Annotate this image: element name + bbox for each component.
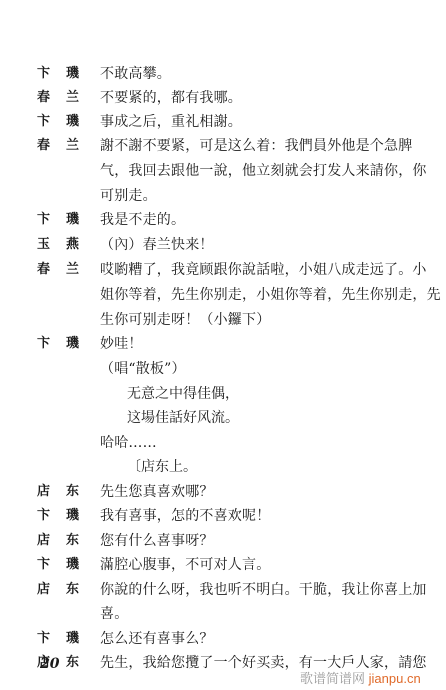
dialogue-text: 您有什么喜事呀？ [100,529,214,553]
dialogue-line: 店东先生您真喜欢哪？ [0,480,446,504]
dialogue-text: 可别走。 [100,184,157,208]
speaker-name-char-1: 玉 [37,233,50,257]
dialogue-text: 先生您真喜欢哪？ [100,480,214,504]
speaker-name-char-2: 璣 [66,62,79,86]
dialogue-text: 我是不走的。 [100,208,185,232]
speaker-name-char-2: 东 [66,651,79,675]
speaker-name-char-2: 兰 [66,86,79,110]
page-number: 20 [40,656,59,672]
sung-verse: 这場佳話好风流。 [127,406,239,430]
speaker-name-char-2: 兰 [66,134,79,158]
dialogue-text: 謝不謝不要紧，可是这么着：我們員外他是个急脾 [100,134,412,158]
dialogue-text: 事成之后，重礼相謝。 [100,110,242,134]
dialogue-line: 哈哈…… [0,431,446,455]
speaker-name-char-2: 兰 [66,258,79,282]
speaker-name-char-1: 卞 [37,332,50,356]
speaker-name-char-1: 店 [37,480,50,504]
speaker-name-char-1: 卞 [37,553,50,577]
dialogue-text: 怎么还有喜事么？ [100,627,214,651]
dialogue-text: 妙哇！ [100,332,143,356]
dialogue-line: 春兰哎喲糟了，我竟顾跟你說話啦，小姐八成走远了。小 [0,258,446,282]
dialogue-line: 卞璣怎么还有喜事么？ [0,627,446,651]
speaker-name-char-1: 卞 [37,62,50,86]
dialogue-text: 哈哈…… [100,431,157,455]
watermark-cn: 歌谱简谱网 [300,671,365,686]
speaker-name-char-2: 璣 [66,504,79,528]
dialogue-line: （唱“散板”） [0,357,446,381]
speaker-name-char-1: 春 [37,258,50,282]
dialogue-line: 生你可别走呀！（小鑼下） [0,308,446,332]
dialogue-text: 你說的什么呀，我也听不明白。干脆，我让你喜上加 [100,578,427,602]
speaker-name-char-1: 店 [37,578,50,602]
speaker-name-char-1: 卞 [37,110,50,134]
dialogue-text: 生你可别走呀！（小鑼下） [100,308,270,332]
dialogue-line: 喜。 [0,602,446,626]
dialogue-text: 姐你等着，先生你别走，小姐你等着，先生你别走，先 [100,283,441,307]
dialogue-line: 店东你說的什么呀，我也听不明白。干脆，我让你喜上加 [0,578,446,602]
speaker-name-char-2: 璣 [66,208,79,232]
dialogue-text: 滿腔心腹事，不可对人言。 [100,553,270,577]
dialogue-text: 气，我回去跟他一說，他立刻就会打发人来請你，你 [100,159,427,183]
speaker-name-char-1: 卞 [37,627,50,651]
dialogue-text: 不敢高攀。 [100,62,171,86]
sung-verse: 无意之中得佳偶， [127,382,239,406]
speaker-name-char-1: 春 [37,134,50,158]
speaker-name-char-1: 卞 [37,504,50,528]
dialogue-line: 卞璣滿腔心腹事，不可对人言。 [0,553,446,577]
dialogue-line: 无意之中得佳偶， [0,382,446,406]
speaker-name-char-2: 璣 [66,553,79,577]
dialogue-line: 春兰不要紧的，都有我哪。 [0,86,446,110]
speaker-name-char-1: 店 [37,529,50,553]
speaker-name-char-2: 东 [66,529,79,553]
dialogue-line: 姐你等着，先生你别走，小姐你等着，先生你别走，先 [0,283,446,307]
dialogue-line: 气，我回去跟他一說，他立刻就会打发人来請你，你 [0,159,446,183]
script-page: 卞璣不敢高攀。春兰不要紧的，都有我哪。卞璣事成之后，重礼相謝。春兰謝不謝不要紧，… [0,0,446,690]
dialogue-line: 可别走。 [0,184,446,208]
dialogue-line: 卞璣妙哇！ [0,332,446,356]
speaker-name-char-1: 春 [37,86,50,110]
dialogue-line: 卞璣事成之后，重礼相謝。 [0,110,446,134]
dialogue-text: 喜。 [100,602,128,626]
dialogue-line: 春兰謝不謝不要紧，可是这么着：我們員外他是个急脾 [0,134,446,158]
dialogue-text: （內）春兰快来！ [100,233,214,257]
dialogue-line: 卞璣我有喜事，怎的不喜欢呢！ [0,504,446,528]
speaker-name-char-2: 璣 [66,110,79,134]
watermark: 歌谱简谱网 jianpu.cn [300,668,421,687]
speaker-name-char-1: 卞 [37,208,50,232]
stage-direction: 〔店东上。 [127,455,197,479]
dialogue-line: 玉燕（內）春兰快来！ [0,233,446,257]
dialogue-text: 哎喲糟了，我竟顾跟你說話啦，小姐八成走远了。小 [100,258,427,282]
watermark-latin: jianpu.cn [369,671,421,686]
dialogue-text: 不要紧的，都有我哪。 [100,86,242,110]
dialogue-line: 〔店东上。 [0,455,446,479]
dialogue-text: 我有喜事，怎的不喜欢呢！ [100,504,270,528]
speaker-name-char-2: 璣 [66,332,79,356]
dialogue-line: 卞璣我是不走的。 [0,208,446,232]
dialogue-line: 店东您有什么喜事呀？ [0,529,446,553]
dialogue-line: 这場佳話好风流。 [0,406,446,430]
speaker-name-char-2: 东 [66,480,79,504]
speaker-name-char-2: 璣 [66,627,79,651]
speaker-name-char-2: 东 [66,578,79,602]
dialogue-line: 卞璣不敢高攀。 [0,62,446,86]
dialogue-text: （唱“散板”） [100,357,186,381]
speaker-name-char-2: 燕 [66,233,79,257]
